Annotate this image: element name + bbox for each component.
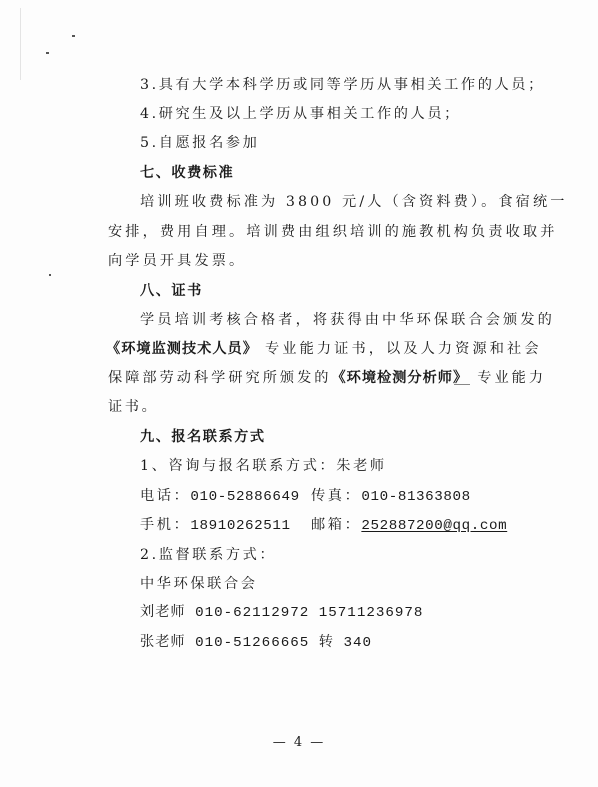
certificate-line-3-rest: 专业能力 (477, 370, 546, 386)
consult-contact-label: 1、咨询与报名联系方式：朱老师 (140, 456, 387, 476)
fax-label: 传真： (311, 488, 361, 504)
email-row: 邮箱：252887200@qq.com (311, 515, 507, 536)
phone-label: 电话： (140, 488, 190, 504)
mobile-label: 手机： (140, 517, 190, 533)
section-heading-certificate: 八、证书 (140, 281, 203, 301)
fees-line-1: 培训班收费标准为 3800 元/人（含资料费）。食宿统一 (140, 192, 568, 212)
phone-row: 电话：010-52886649 (140, 486, 300, 507)
phone-value: 010-52886649 (190, 489, 299, 505)
scan-margin-line (20, 8, 21, 80)
page-number: — 4 — (0, 735, 598, 750)
fax-value: 010-81363808 (361, 489, 470, 505)
fax-row: 传真：010-81363808 (311, 486, 471, 507)
fees-line-2: 安排，费用自理。培训费由组织培训的施教机构负责收取并 (108, 222, 557, 242)
section-heading-fees: 七、收费标准 (140, 163, 234, 183)
document-page: 3.具有大学本科学历或同等学历从事相关工作的人员； 4.研究生及以上学历从事相关… (0, 0, 598, 787)
certificate-line-3-start: 保障部劳动科学研究所颁发的 (108, 370, 331, 386)
scan-speck (49, 274, 51, 276)
email-label: 邮箱： (311, 517, 361, 533)
eligibility-item-4: 4.研究生及以上学历从事相关工作的人员； (140, 104, 461, 124)
supervision-contact-liu: 刘老师 010-62112972 15711236978 (140, 603, 423, 623)
certificate-line-3: 保障部劳动科学研究所颁发的《环境检测分析师》 专业能力 (108, 368, 546, 388)
eligibility-item-3: 3.具有大学本科学历或同等学历从事相关工作的人员； (140, 75, 545, 95)
certificate-line-4: 证书。 (108, 397, 158, 417)
underline-mark (454, 384, 470, 385)
email-link[interactable]: 252887200@qq.com (361, 518, 507, 534)
certificate-title-analyst: 《环境检测分析师》 (331, 370, 468, 386)
supervision-organization: 中华环保联合会 (140, 574, 258, 594)
mobile-value: 18910262511 (190, 518, 290, 534)
certificate-title-monitoring: 《环境监测技术人员》 (106, 341, 258, 357)
eligibility-item-5: 5.自愿报名参加 (140, 133, 259, 153)
certificate-line-1: 学员培训考核合格者，将获得由中华环保联合会颁发的 (140, 310, 555, 330)
scan-speck (46, 52, 49, 54)
section-heading-contact: 九、报名联系方式 (140, 427, 266, 447)
scan-speck (72, 35, 75, 37)
supervision-contact-zhang: 张老师 010-51266665 转 340 (140, 633, 372, 653)
supervision-contact-label: 2.监督联系方式： (140, 545, 276, 565)
certificate-line-2-rest: 专业能力证书，以及人力资源和社会 (265, 341, 542, 357)
fees-line-3: 向学员开具发票。 (108, 251, 246, 271)
mobile-row: 手机：18910262511 (140, 515, 291, 536)
certificate-line-2: 《环境监测技术人员》 专业能力证书，以及人力资源和社会 (106, 339, 542, 359)
